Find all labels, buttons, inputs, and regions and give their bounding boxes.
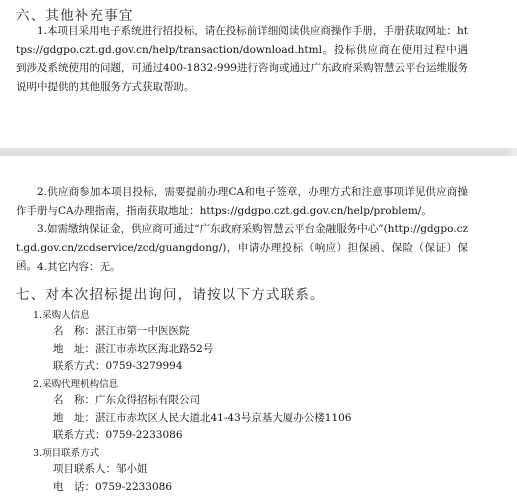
project-contact-title: 3.项目联系方式 xyxy=(33,445,99,459)
purchaser-name: 名 称：湛江市第一中医医院 xyxy=(53,323,190,338)
project-contact-person: 项目联系人：邹小姐 xyxy=(53,461,148,476)
section-7-heading: 七、对本次招标提出询问，请按以下方式联系。 xyxy=(16,283,325,303)
section-6-item-1: 1.本项目采用电子系统进行招投标，请在投标前详细阅读供应商操作手册，手册获取网址… xyxy=(16,22,468,96)
agency-contact: 联系方式：0759-2233086 xyxy=(53,427,183,442)
page-break-separator xyxy=(0,148,517,156)
section-6-heading: 六、其他补充事宜 xyxy=(16,4,134,24)
purchaser-address: 地 址：湛江市赤坎区海北路52号 xyxy=(53,341,213,356)
section-6-item-4: 4.其它内容：无。 xyxy=(16,258,468,277)
agency-info-title: 2.采购代理机构信息 xyxy=(33,376,118,390)
agency-name: 名 称：广东众得招标有限公司 xyxy=(53,392,200,407)
agency-address: 地 址：湛江市赤坎区人民大道北41-43号京基大厦办公楼1106 xyxy=(53,410,352,425)
purchaser-contact: 联系方式：0759-3279994 xyxy=(53,358,183,373)
project-contact-phone: 电 话：0759-2233086 xyxy=(53,479,172,494)
document-page-2: 2.供应商参加本项目投标，需要提前办理CA和电子签章，办理方式和注意事项详见供应… xyxy=(0,156,517,498)
document-page-1: 六、其他补充事宜 1.本项目采用电子系统进行招投标，请在投标前详细阅读供应商操作… xyxy=(0,0,517,148)
section-6-item-2: 2.供应商参加本项目投标，需要提前办理CA和电子签章，办理方式和注意事项详见供应… xyxy=(16,183,468,220)
purchaser-info-title: 1.采购人信息 xyxy=(33,307,90,321)
